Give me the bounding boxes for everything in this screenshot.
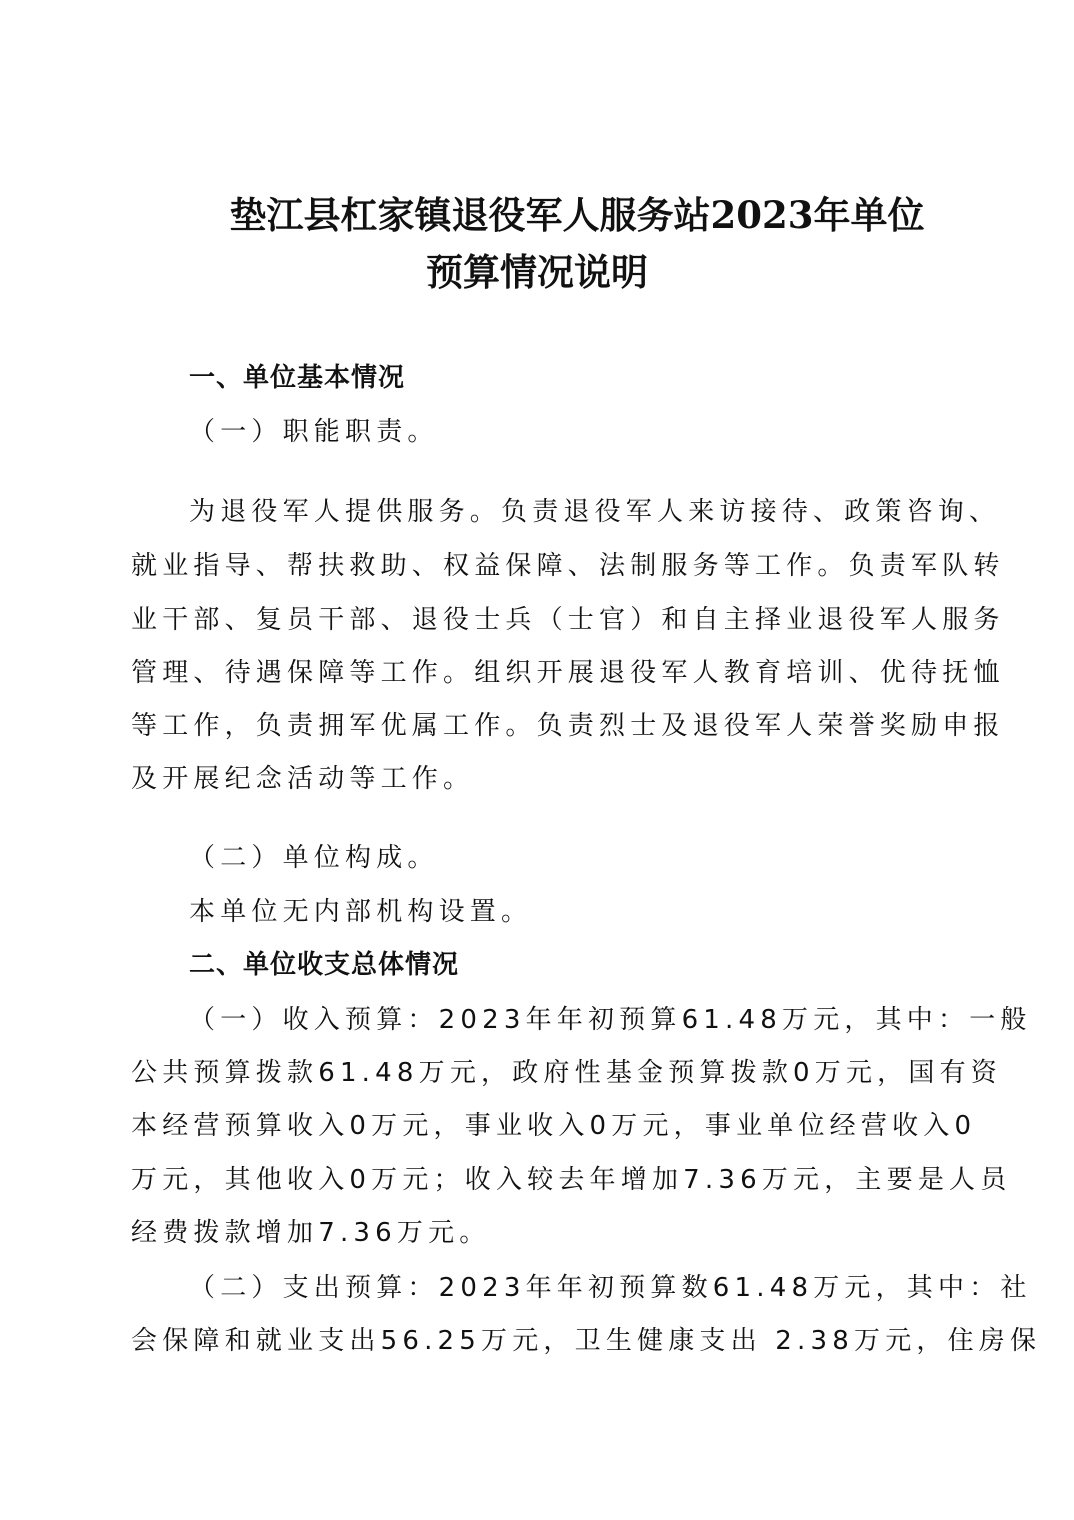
duties-paragraph-line: 就业指导、帮扶救助、权益保障、法制服务等工作。负责军队转 [131, 546, 943, 586]
income-budget-line: （一）收入预算：2023年年初预算61.48万元，其中：一般 [189, 1000, 943, 1040]
duties-paragraph-line: 及开展纪念活动等工作。 [131, 759, 943, 799]
duties-paragraph-line: 业干部、复员干部、退役士兵（士官）和自主择业退役军人服务 [131, 600, 943, 640]
expenditure-budget-line: 会保障和就业支出56.25万元，卫生健康支出 2.38万元，住房保 [131, 1321, 943, 1361]
section-heading-basic-info: 一、单位基本情况 [189, 358, 943, 398]
income-budget-line: 公共预算拨款61.48万元，政府性基金预算拨款0万元，国有资 [131, 1053, 943, 1093]
duties-paragraph-line: 管理、待遇保障等工作。组织开展退役军人教育培训、优待抚恤 [131, 653, 943, 693]
document-title-line-1: 垫江县杠家镇退役军人服务站2023年单位 [40, 186, 1074, 244]
duties-paragraph-line: 为退役军人提供服务。负责退役军人来访接待、政策咨询、 [189, 492, 943, 532]
income-budget-line: 万元，其他收入0万元；收入较去年增加7.36万元，主要是人员 [131, 1160, 943, 1200]
document-title-line-2: 预算情况说明 [0, 243, 1074, 301]
subsection-heading-composition: （二）单位构成。 [189, 838, 943, 878]
composition-paragraph: 本单位无内部机构设置。 [189, 892, 943, 932]
section-heading-revenue-expenditure: 二、单位收支总体情况 [189, 945, 943, 985]
income-budget-line: 本经营预算收入0万元，事业收入0万元，事业单位经营收入0 [131, 1106, 943, 1146]
subsection-heading-duties: （一）职能职责。 [189, 412, 943, 452]
duties-paragraph-line: 等工作，负责拥军优属工作。负责烈士及退役军人荣誉奖励申报 [131, 706, 943, 746]
expenditure-budget-line: （二）支出预算：2023年年初预算数61.48万元，其中：社 [189, 1268, 943, 1308]
document-page: 垫江县杠家镇退役军人服务站2023年单位 预算情况说明 一、单位基本情况 （一）… [0, 0, 1074, 1520]
income-budget-line: 经费拨款增加7.36万元。 [131, 1213, 943, 1253]
